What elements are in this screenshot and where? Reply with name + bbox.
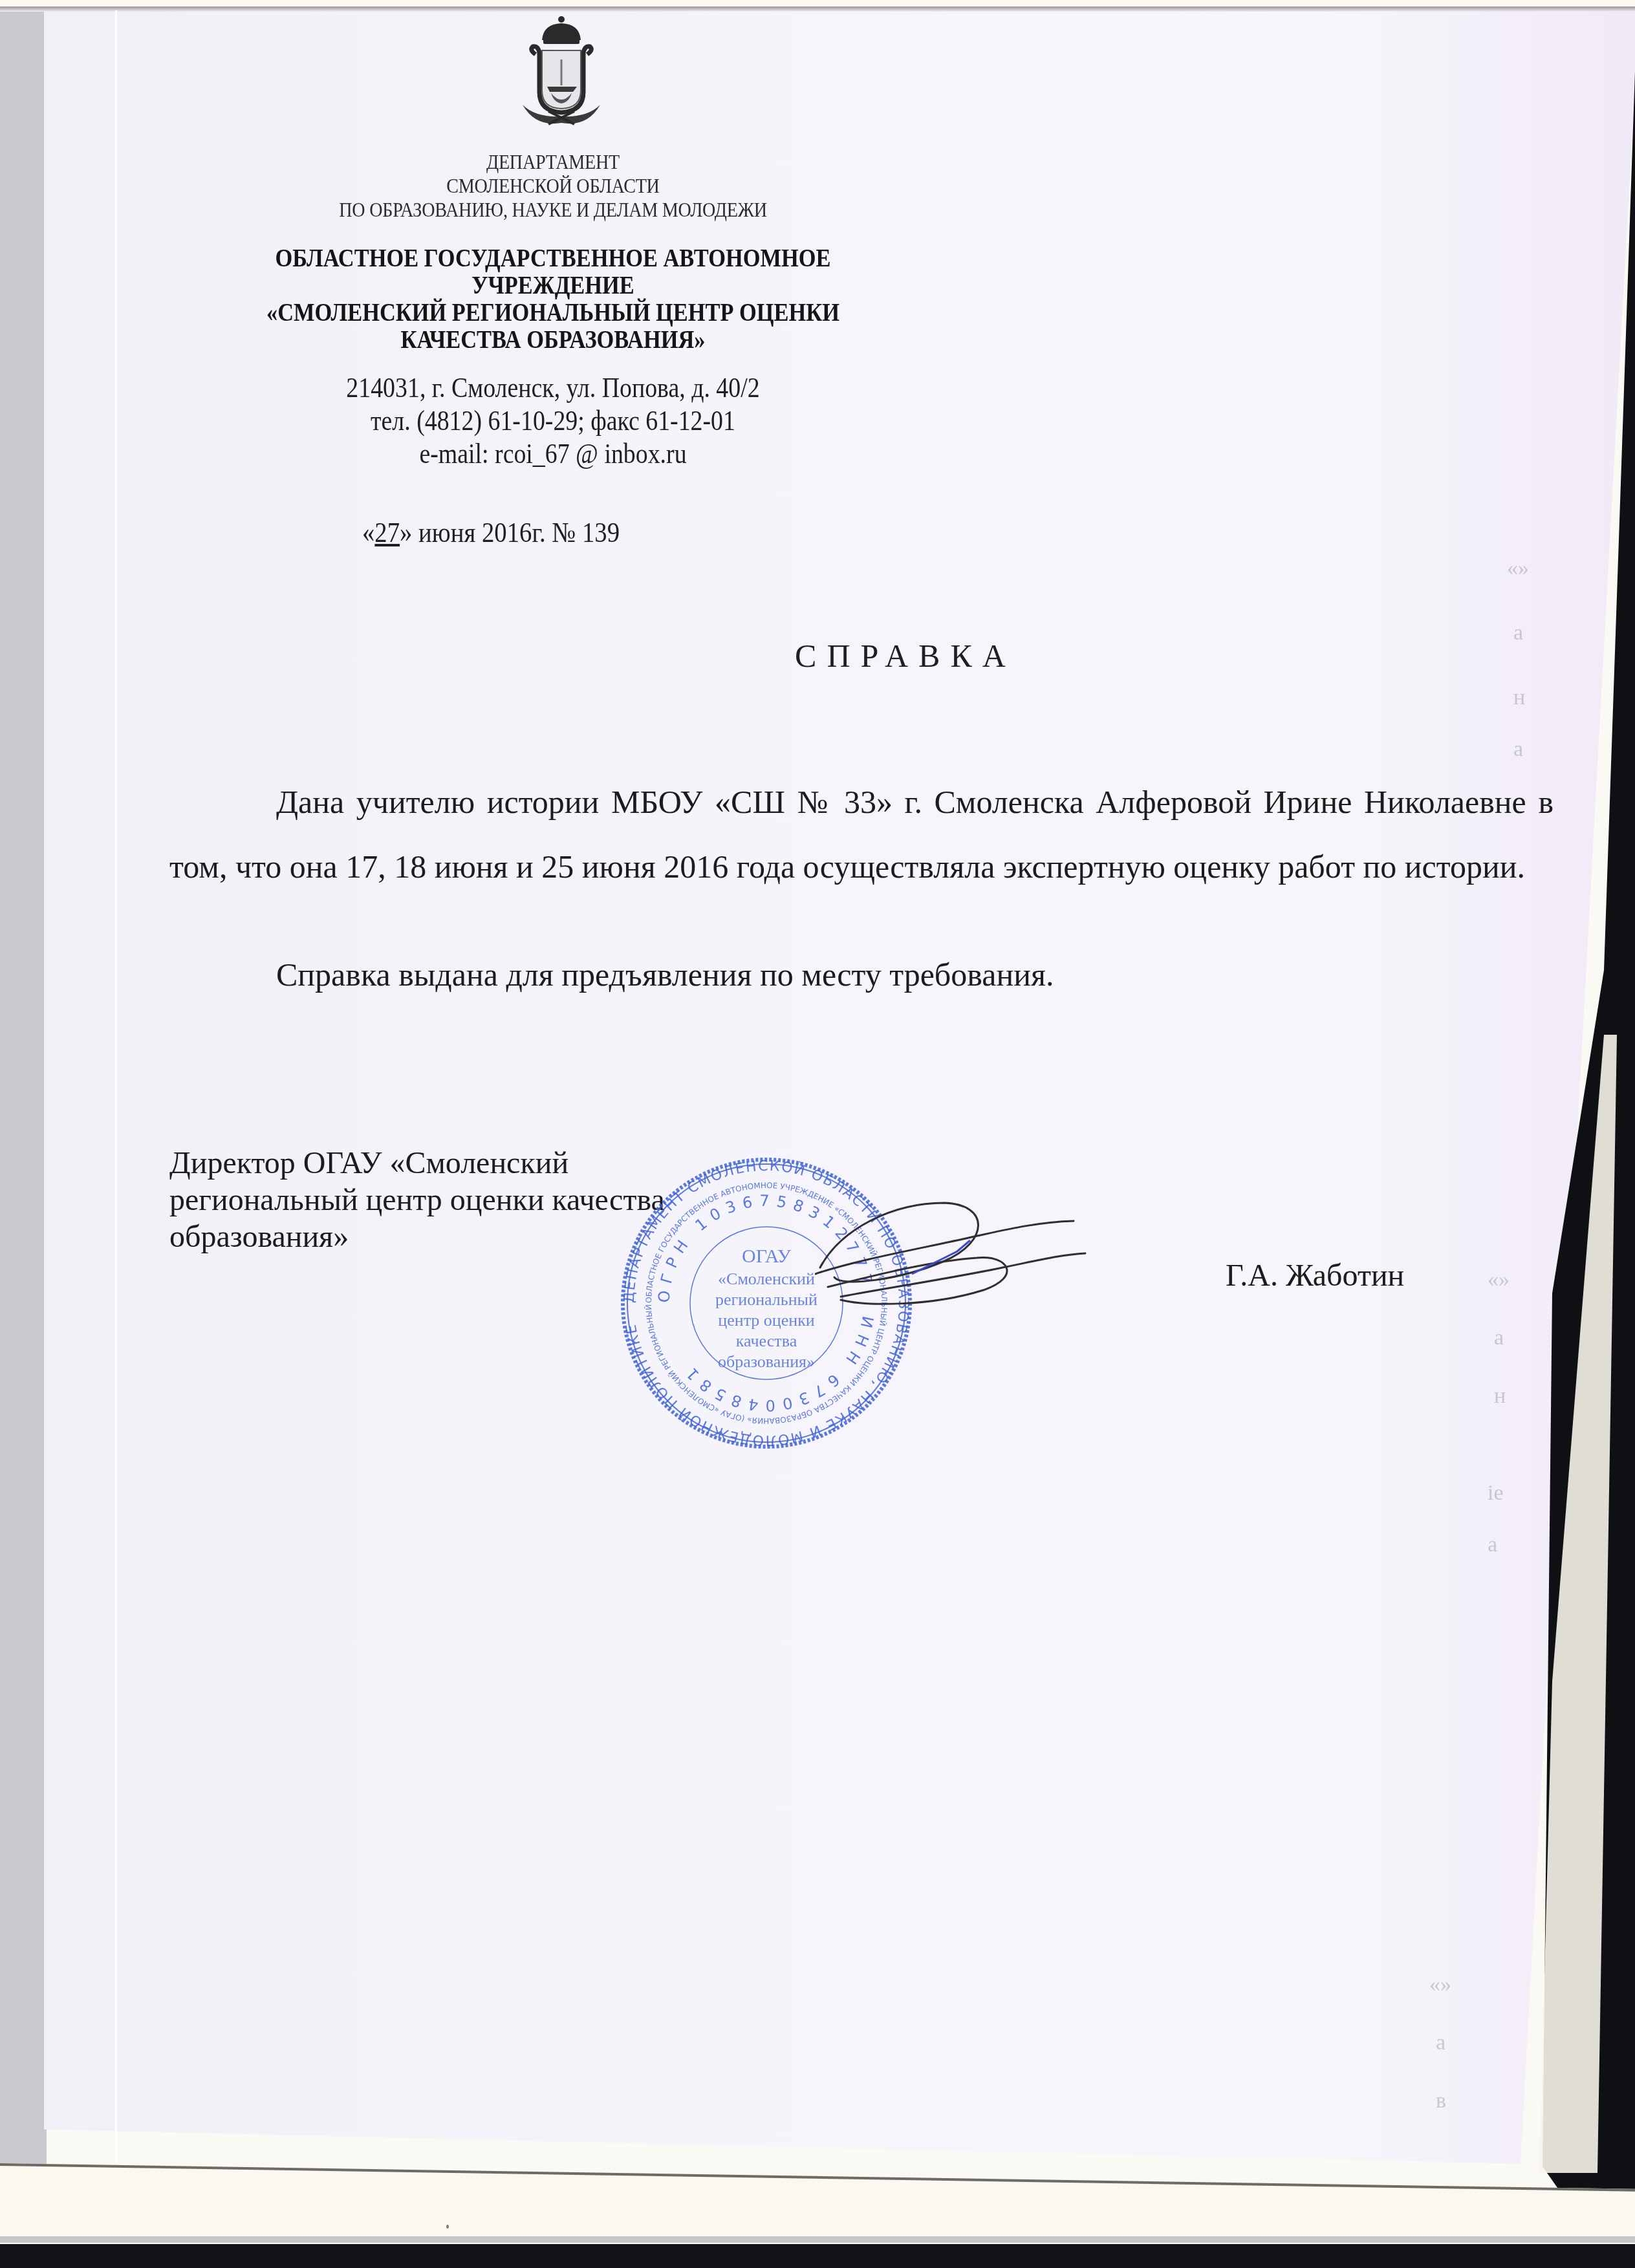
show-through-mark: а <box>1494 1326 1504 1350</box>
organization-header: ОБЛАСТНОЕ ГОСУДАРСТВЕННОЕ АВТОНОМНОЕ УЧР… <box>213 244 893 353</box>
paper-fold-line <box>115 10 117 2164</box>
organization-line: «СМОЛЕНСКИЙ РЕГИОНАЛЬНЫЙ ЦЕНТР ОЦЕНКИ <box>261 299 845 326</box>
stamp-center-line: качества <box>736 1332 797 1350</box>
organization-line: УЧРЕЖДЕНИЕ <box>261 272 845 299</box>
handwritten-signature <box>815 1190 1087 1332</box>
email-address: e-mail: rcoi_67 @ inbox.ru <box>261 437 845 470</box>
position-line: региональный центр оценки качества <box>169 1182 665 1218</box>
show-through-mark: «» <box>1429 1972 1451 1997</box>
show-through-mark: а <box>1488 1533 1497 1557</box>
show-through-mark: а <box>1436 2031 1446 2055</box>
stamp-center-line: образования» <box>718 1352 815 1371</box>
show-through-mark: а <box>1513 621 1523 645</box>
department-header: ДЕПАРТАМЕНТ СМОЛЕНСКОЙ ОБЛАСТИ ПО ОБРАЗО… <box>213 150 893 222</box>
department-line: ПО ОБРАЗОВАНИЮ, НАУКЕ И ДЕЛАМ МОЛОДЕЖИ <box>254 198 852 222</box>
position-line: Директор ОГАУ «Смоленский <box>169 1145 665 1182</box>
scan-left-edge <box>0 10 47 2164</box>
show-through-mark: н <box>1494 1384 1506 1409</box>
body-paragraph-2-text: Справка выдана для предъявления по месту… <box>276 956 1054 993</box>
date-rest: » июня 2016г. № 139 <box>400 517 620 548</box>
department-line: ДЕПАРТАМЕНТ <box>254 150 852 174</box>
stamp-center-line: региональный <box>715 1290 817 1309</box>
body-paragraph: Дана учителю истории МБОУ «СШ № 33» г. С… <box>169 770 1554 899</box>
show-through-mark: в <box>1436 2089 1446 2113</box>
smolensk-coat-of-arms-icon <box>510 14 613 131</box>
date-day: 27 <box>374 517 400 548</box>
signatory-position: Директор ОГАУ «Смоленский региональный ц… <box>169 1145 665 1255</box>
document-title: СПРАВКА <box>711 637 1099 675</box>
organization-line: КАЧЕСТВА ОБРАЗОВАНИЯ» <box>261 326 845 353</box>
position-line: образования» <box>169 1218 665 1255</box>
stamp-center-line: центр оценки <box>718 1311 815 1330</box>
show-through-mark: «» <box>1488 1268 1510 1292</box>
scan-bottom-line <box>0 2236 1635 2243</box>
document-date-number: «27» июня 2016г. № 139 <box>362 516 620 549</box>
body-paragraph-text: Дана учителю истории МБОУ «СШ № 33» г. С… <box>169 784 1554 885</box>
department-line: СМОЛЕНСКОЙ ОБЛАСТИ <box>254 174 852 198</box>
stamp-center-line: ОГАУ <box>742 1246 792 1267</box>
date-quote: « <box>362 517 374 548</box>
show-through-mark: «» <box>1507 556 1529 581</box>
phone-fax: тел. (4812) 61-10-29; факс 61-12-01 <box>261 404 845 437</box>
signer-name: Г.А. Жаботин <box>1226 1258 1404 1293</box>
organization-line: ОБЛАСТНОЕ ГОСУДАРСТВЕННОЕ АВТОНОМНОЕ <box>261 244 845 272</box>
show-through-mark: н <box>1513 686 1525 710</box>
scan-top-shadow <box>0 6 1635 12</box>
dust-speck <box>446 2225 449 2229</box>
stamp-center-line: «Смоленский <box>718 1269 815 1288</box>
show-through-mark: ie <box>1488 1481 1504 1506</box>
body-paragraph-2: Справка выдана для предъявления по месту… <box>169 956 1054 993</box>
show-through-mark: а <box>1513 737 1523 762</box>
scan-bottom-dark <box>0 2244 1635 2268</box>
postal-address: 214031, г. Смоленск, ул. Попова, д. 40/2 <box>261 371 845 404</box>
address-block: 214031, г. Смоленск, ул. Попова, д. 40/2… <box>213 371 893 470</box>
